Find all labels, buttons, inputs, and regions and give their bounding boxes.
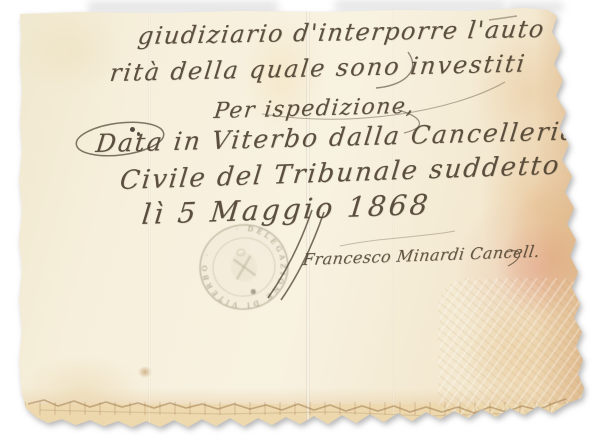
stain-overlay	[18, 8, 123, 93]
document-paper: giudiziario d'interporre l'auto rità del…	[0, 0, 600, 436]
ink-dot	[137, 132, 140, 136]
paper-shadow: giudiziario d'interporre l'auto rità del…	[0, 0, 600, 436]
ink-dot	[130, 127, 135, 132]
manuscript-line: rità della quale sono investiti	[108, 50, 528, 88]
document-scan: giudiziario d'interporre l'auto rità del…	[0, 0, 600, 436]
flourish-stroke	[340, 231, 455, 246]
manuscript-line: Per ispedizione,	[213, 94, 417, 124]
ink-stamp: · DELEGAZIONE DI VITERBO ·	[187, 211, 300, 323]
crumple-texture	[438, 278, 590, 430]
manuscript-date-line: lì 5 Maggio 1868	[140, 188, 432, 231]
